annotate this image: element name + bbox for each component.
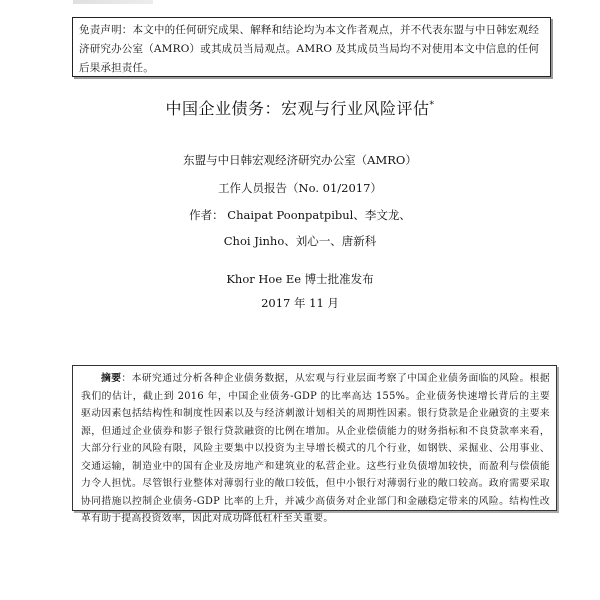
disclaimer-text: 免责声明：本文中的任何研究成果、解释和结论均为本文作者观点，并不代表东盟与中日韩… [79,24,539,74]
abstract-text: 本研究通过分析各种企业债务数据，从宏观与行业层面考察了中国企业债务面临的风险。根… [81,373,550,524]
publication-date: 2017 年 11 月 [0,295,600,311]
authors-line-1: 作者： Chaipat Poonpatpibul、李文龙、 [0,207,600,223]
organization: 东盟与中日韩宏观经济研究办公室（AMRO） [0,152,600,168]
paper-title-text: 中国企业债务：宏观与行业风险评估 [165,99,429,118]
approval-line: Khor Hoe Ee 博士批准发布 [0,271,600,287]
disclaimer-box: 免责声明：本文中的任何研究成果、解释和结论均为本文作者观点，并不代表东盟与中日韩… [72,17,551,77]
authors-line-2: Choi Jinho、刘心一、唐新科 [0,233,600,249]
title-footnote-mark[interactable]: * [430,101,435,111]
abstract-label: 摘要 [101,373,121,384]
cropped-header-remnant [73,0,153,4]
abstract-box: 摘要：本研究通过分析各种企业债务数据，从宏观与行业层面考察了中国企业债务面临的风… [72,365,557,511]
report-number: 工作人员报告（No. 01/2017） [0,180,600,196]
abstract-separator: ： [121,373,131,384]
paper-title: 中国企业债务：宏观与行业风险评估* [0,96,600,119]
